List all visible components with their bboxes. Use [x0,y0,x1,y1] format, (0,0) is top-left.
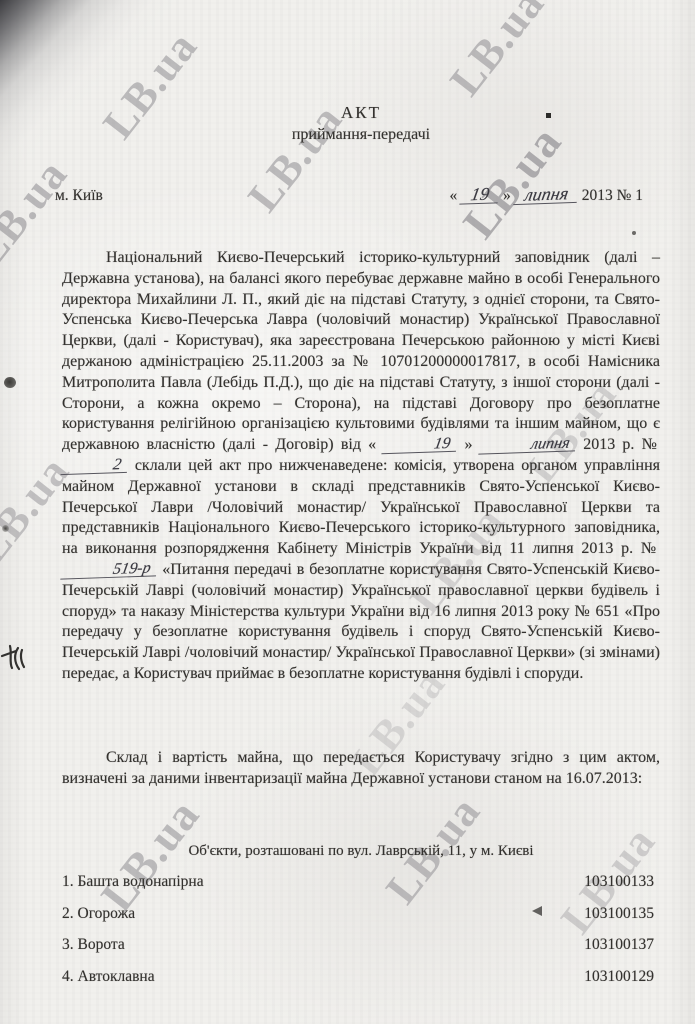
scanned-document-page: LB.ua LB.ua LB.ua LB.ua LB.ua LB.ua LB.u… [0,0,695,1024]
object-name: 2. Огорожа [62,904,135,924]
handwritten-month-inline: липня [478,435,578,455]
ink-blot-artifact [4,377,16,388]
objects-location-heading: Об'єкти, розташовані по вул. Лаврській, … [62,843,660,860]
margin-ink-scribble [0,638,32,678]
object-name: 3. Ворота [62,935,125,955]
page-corner-fold-shadow [0,0,250,250]
typed-text-segment: склали цей акт про нижченаведене: комісі… [62,457,660,557]
typed-text-segment: » [465,436,480,453]
handwritten-day-inline: 19 [382,436,459,455]
place-date-row: м. Київ « 19 » липня 2013 № 1 [55,186,643,205]
open-quote: « [450,187,458,204]
scan-speck-artifact [632,231,636,235]
handwritten-decree-number: 519-р [60,560,159,580]
document-title: АКТ [62,103,660,123]
object-row: 1. Башта водонапірна 103100133 [62,872,654,892]
date-year-number: 2013 № 1 [582,187,643,204]
typed-text-segment: Національний Києво-Печерський історико-к… [62,249,660,453]
object-name: 4. Автоклавна [62,967,155,987]
document-place: м. Київ [55,187,103,205]
handwritten-contract-number: 2 [60,457,129,475]
lbua-watermark: LB.ua [440,0,555,105]
document-subtitle: приймання-передачі [62,126,660,144]
objects-list: 1. Башта водонапірна 103100133 2. Огорож… [62,872,654,998]
object-inventory-number: 103100133 [584,872,654,892]
ink-speck-artifact [2,525,9,532]
typed-text-segment: «Питання передачі в безоплатне користува… [62,561,660,682]
handwritten-month: липня [513,185,580,205]
object-name: 1. Башта водонапірна [62,872,204,892]
document-date: « 19 » липня 2013 № 1 [450,186,643,205]
typed-text-segment: 2013 р. № [583,436,660,453]
object-row: 2. Огорожа 103100135 [62,904,654,924]
main-paragraph: Національний Києво-Печерський історико-к… [62,248,660,685]
object-inventory-number: 103100135 [584,904,654,924]
handwritten-day: 19 [459,185,500,204]
object-inventory-number: 103100129 [584,967,654,987]
inventory-paragraph: Склад і вартість майна, що передається К… [62,748,660,790]
object-row: 3. Ворота 103100137 [62,935,654,955]
object-inventory-number: 103100137 [584,935,654,955]
close-quote: » [503,187,511,204]
object-row: 4. Автоклавна 103100129 [62,967,654,987]
